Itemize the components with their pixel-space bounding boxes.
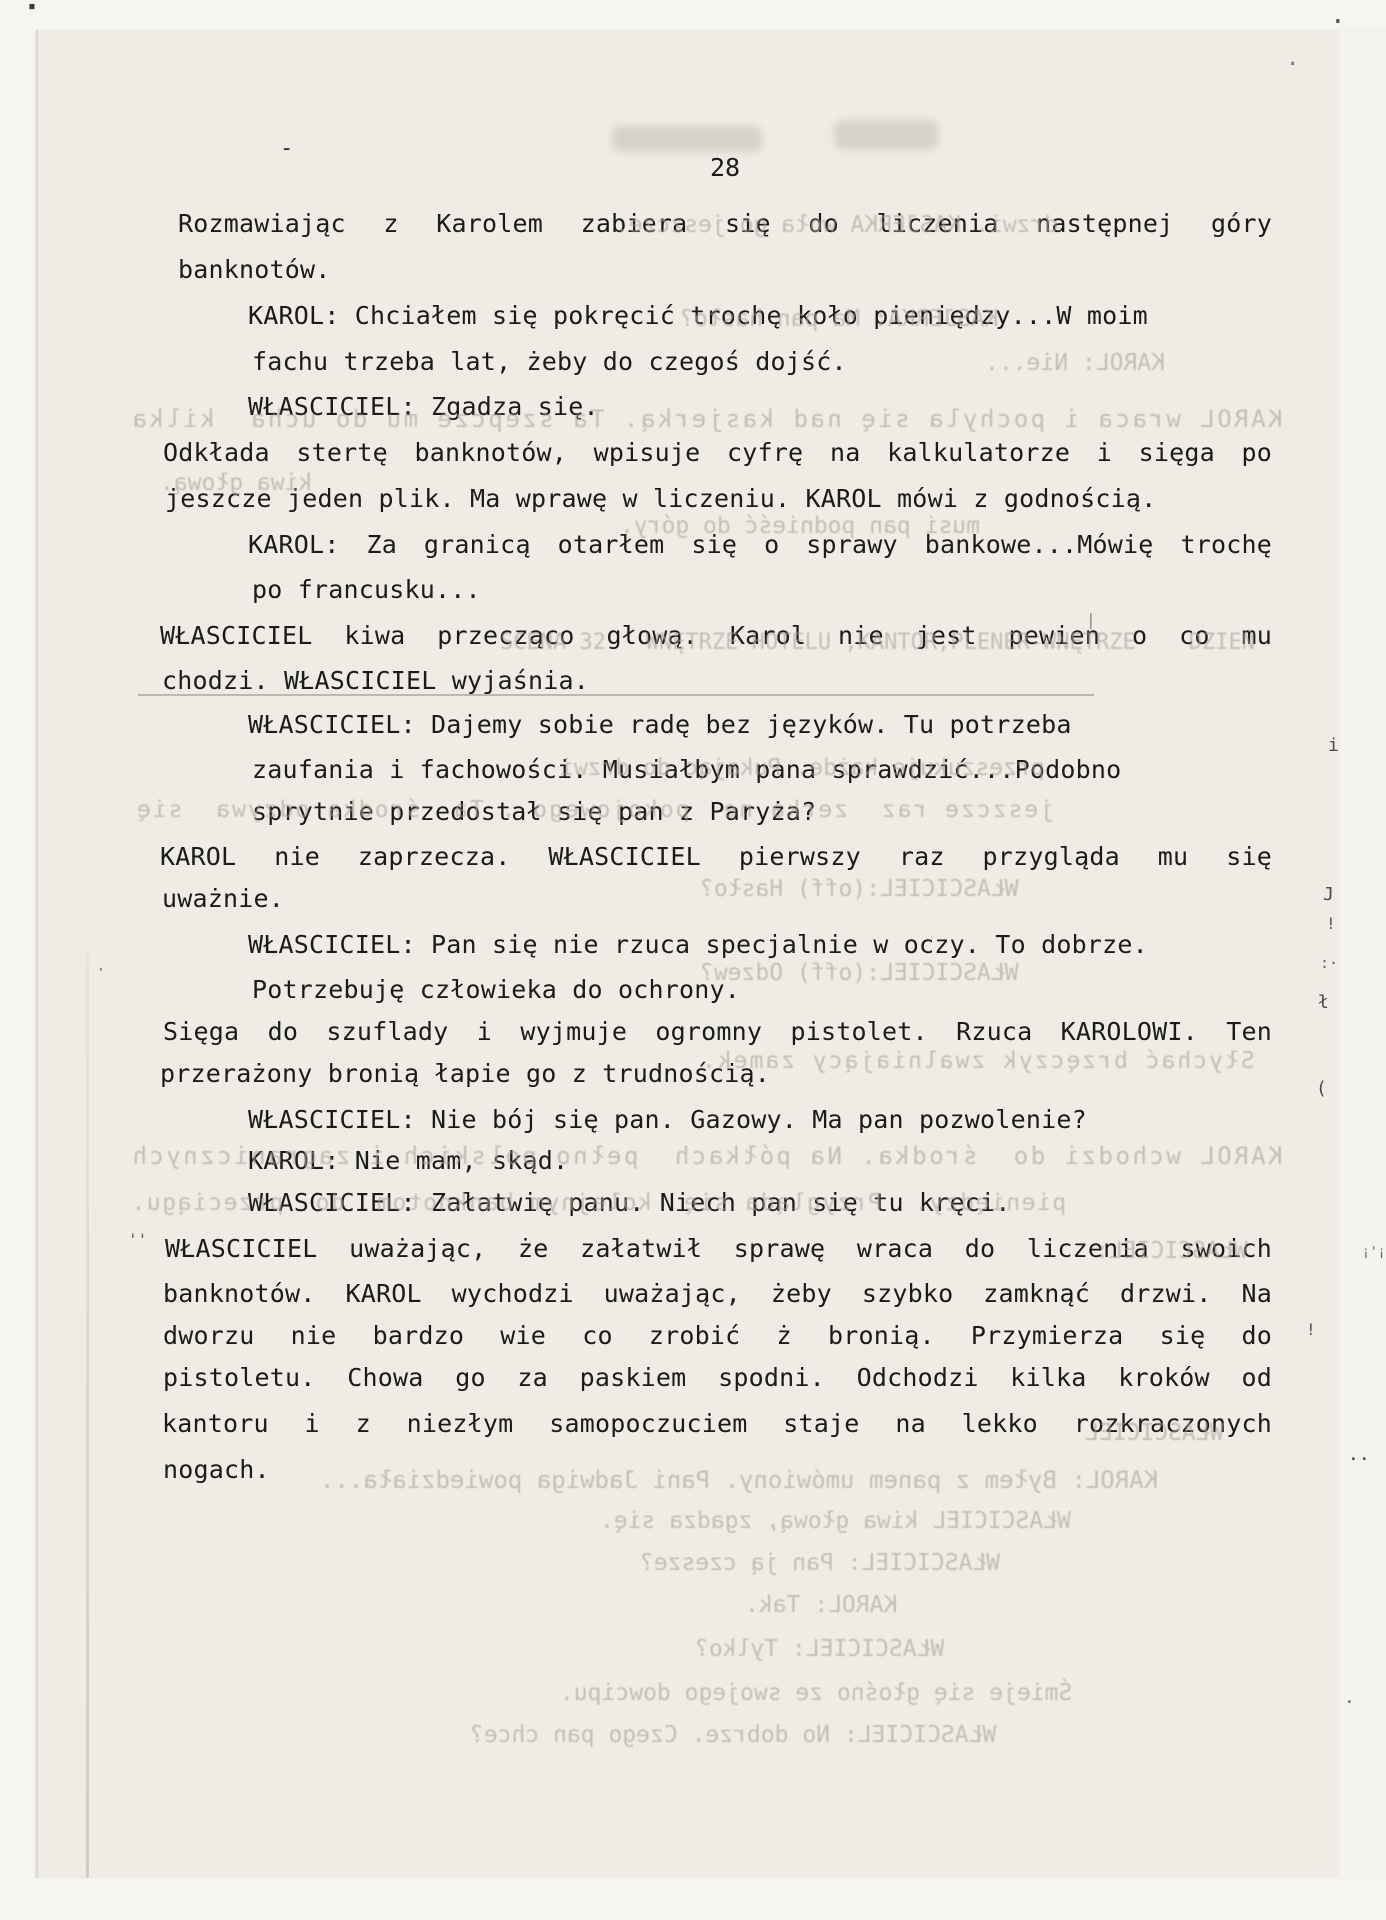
bleed-through-line: WŁASCICIEL:(off) Odzew?	[700, 960, 1019, 986]
script-line: jeszcze jeden plik. Ma wprawę w liczeniu…	[165, 486, 1156, 512]
bleed-through-line: Śmieje się głośno ze swojego dowcipu.	[560, 1680, 1072, 1706]
script-line: WŁASCICIEL: Pan się nie rzuca specjalnie…	[248, 932, 1148, 958]
ink-speck: ł	[1318, 994, 1329, 1012]
script-line: nogach.	[163, 1457, 270, 1483]
ink-speck: ·	[96, 962, 106, 978]
script-line: po francusku...	[252, 577, 481, 603]
script-line: pistoletu. Chowa go za paskiem spodni. O…	[163, 1365, 1272, 1391]
bleed-through-line: WŁASCICIEL	[1085, 1420, 1223, 1446]
ink-smudge	[612, 126, 762, 152]
ink-speck: (	[1316, 1080, 1327, 1098]
script-line: WŁASCICIEL: Nie bój się pan. Gazowy. Ma …	[248, 1107, 1087, 1133]
scan-edge-band	[1340, 30, 1386, 1878]
ink-speck: ..	[1348, 1446, 1370, 1464]
ink-speck: |	[1086, 612, 1096, 628]
script-line: Potrzebuję człowieka do ochrony.	[252, 977, 740, 1003]
script-line: KAROL nie zaprzecza. WŁASCICIEL pierwszy…	[160, 844, 1272, 870]
bleed-through-line: WŁASCICIEL: No dobrze. Czego pan chce?	[470, 1722, 996, 1748]
bleed-through-line: WŁASCICIEL:(off) Hasło?	[700, 876, 1019, 902]
script-line: przerażony bronią łapie go z trudnością.	[160, 1061, 770, 1087]
ink-speck: !	[1326, 916, 1336, 932]
ink-speck: ·	[1286, 54, 1299, 76]
script-line: chodzi. WŁASCICIEL wyjaśnia.	[162, 668, 589, 694]
ink-speck: !	[1306, 1322, 1316, 1338]
bleed-through-line: WŁASCICIEL:	[1095, 1238, 1247, 1264]
ink-speck: i	[1328, 737, 1339, 755]
ink-speck: ¡'¡	[1362, 1246, 1385, 1259]
script-line: dworzu nie bardzo wie co zrobić ż bronią…	[163, 1323, 1272, 1349]
bleed-through-line: musi pan podnieść do góry.	[620, 513, 980, 539]
page-number: 28	[710, 153, 740, 182]
bleed-through-line: jeszcze raz zerka ne pokojowego . Ta śro…	[135, 797, 1054, 823]
ink-speck: .	[1330, 2, 1346, 28]
script-line: banknotów. KAROL wychodzi uważając, żeby…	[163, 1281, 1272, 1307]
bleed-through-line: drzwi. KASJERKA woła go jeszcze.	[615, 212, 1058, 238]
ink-speck: ''	[128, 1232, 147, 1248]
scanned-screenplay-page: { "page": { "number": "28", "paper_color…	[0, 0, 1386, 1920]
script-line: uważnie.	[162, 886, 284, 912]
bleed-through-line: Słychać brzęczyk zwalniający zamek.	[700, 1048, 1255, 1074]
script-line: fachu trzeba lat, żeby do czegoś dojść.	[252, 349, 847, 375]
paper-crease-line	[86, 950, 89, 1878]
ink-smudge	[834, 120, 938, 150]
bleed-through-line: WŁASCICIEL kiwa głową, zgadza się.	[600, 1508, 1071, 1534]
script-line: Sięga do szuflady i wyjmuje ogromny pist…	[163, 1019, 1272, 1045]
bleed-through-line: kiwa głową.	[160, 470, 312, 496]
script-line: Odkłada stertę banknotów, wpisuje cyfrę …	[163, 440, 1272, 466]
bleed-through-line: WŁASCICIEL: Tylko?	[695, 1636, 944, 1662]
bleed-through-line: pieniędzy. Przygląda się kolejnym bankno…	[130, 1190, 1066, 1216]
bleed-through-line: KAROL: Tak.	[745, 1592, 897, 1618]
ink-speck: ·	[1344, 1694, 1355, 1712]
bleed-through-line: WŁASCICIEL: Pan ją czesze?	[640, 1550, 1000, 1576]
bleed-through-line: KAROL: Nie...	[985, 350, 1165, 376]
ink-speck: :·	[1320, 956, 1338, 971]
bleed-through-line: przeszukuje każde. Pukając do drzwi	[560, 755, 1045, 781]
bleed-through-line: KAROL wraca i pochyla się nad kasjerką. …	[130, 405, 1283, 433]
ink-speck: J	[1323, 886, 1334, 904]
ink-speck: -	[280, 138, 293, 160]
bleed-through-line: SCENA 32 WNĘTRZE HOTELU ,KANTOR,PLENER-W…	[500, 630, 1255, 655]
ink-speck: ▪	[28, 0, 36, 13]
script-line: banknotów.	[178, 257, 331, 283]
bleed-through-line: KASJERKA: Ma pan hasło?	[680, 306, 999, 332]
bleed-through-line: KAROL: Byłem z panem umówiony. Pani Jadw…	[320, 1466, 1158, 1494]
bleed-through-line: KAROL wchodzi do środka. Na półkach pełn…	[130, 1142, 1283, 1170]
script-line: WŁASCICIEL: Dajemy sobie radę bez językó…	[248, 712, 1072, 738]
